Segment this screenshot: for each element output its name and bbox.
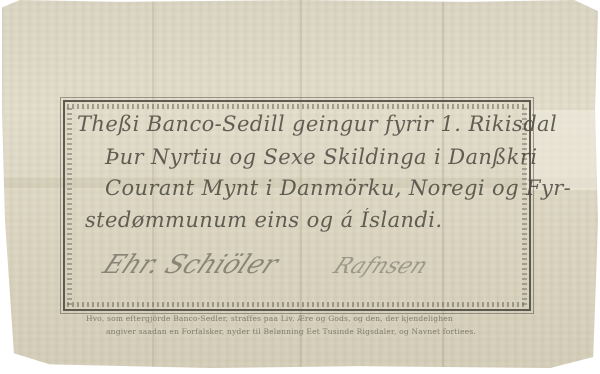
signature-right: Rafnsen (329, 254, 432, 279)
frame-border-left (67, 106, 72, 305)
note-text-line-4: stedømmunum eins og á Íslandi. (85, 208, 529, 232)
banknote-paper: Theßi Banco-Sedill geingur fyrir 1. Riki… (2, 0, 598, 368)
note-text-line-3: Courant Mynt i Danmörku, Noregi og Fyr- (105, 176, 529, 200)
footer-warning-line-2: angiver saadan en Forfalsker, nyder til … (106, 327, 556, 336)
note-text-line-1: Theßi Banco-Sedill geingur fyrir 1. Riki… (77, 112, 529, 136)
decorative-frame: Theßi Banco-Sedill geingur fyrir 1. Riki… (63, 100, 531, 311)
signature-left: Ehr. Schiöler (98, 250, 283, 280)
note-text-line-2: Þur Nyrtiu og Sexe Skildinga i Danßkri (105, 145, 529, 169)
footer-warning-line-1: Hvo, som eftergjörde Banco-Sedler, straf… (86, 314, 536, 323)
